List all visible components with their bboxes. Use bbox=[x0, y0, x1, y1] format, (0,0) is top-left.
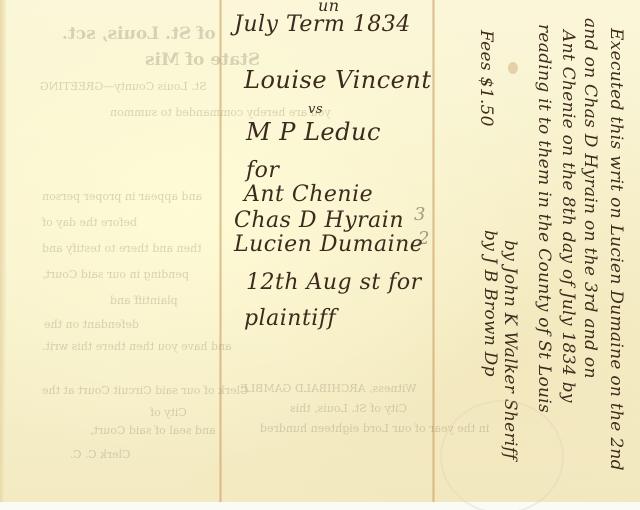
bleed-line: of St. Louis, sct. bbox=[62, 24, 216, 44]
bleed-line: State of Mis bbox=[145, 50, 260, 70]
endorsement-line: Ant Chenie on the 8th day of July 1834 b… bbox=[558, 30, 578, 403]
bleed-line: Clerk C. C. bbox=[70, 448, 130, 461]
ink-stain bbox=[508, 62, 518, 74]
witness-1: Ant Chenie bbox=[244, 182, 373, 207]
bleed-line: before the day of bbox=[42, 216, 137, 229]
case-name: Louise Vincent bbox=[244, 66, 431, 94]
defendant-name: M P Leduc bbox=[246, 118, 381, 146]
bleed-line: and have you then there this writ. bbox=[42, 340, 232, 353]
versus-mark: vs bbox=[308, 102, 323, 117]
bleed-line: Clerk of our said Circuit Court at the bbox=[42, 384, 248, 397]
for-label: for bbox=[246, 158, 279, 183]
margin-mark: 3 bbox=[414, 204, 425, 225]
bleed-line: City of bbox=[150, 406, 187, 419]
witness-3: Lucien Dumaine bbox=[234, 232, 423, 257]
endorsement-line: Fees $1.50 bbox=[476, 30, 496, 127]
bleed-line: and appear in proper person bbox=[42, 190, 202, 203]
bleed-line: and seal of said Court, bbox=[90, 424, 216, 437]
bleed-line: defendant on the bbox=[44, 318, 139, 331]
paper-edge bbox=[0, 0, 6, 510]
embossed-seal bbox=[440, 400, 564, 510]
margin-mark: 2 bbox=[418, 228, 429, 249]
fold-line-left bbox=[219, 0, 222, 505]
witness-2: Chas D Hyrain bbox=[234, 208, 404, 233]
endorsement-line: and on Chas D Hyrain on the 3rd and on bbox=[580, 18, 600, 379]
bleed-line: St. Louis County—GREETING bbox=[40, 80, 207, 93]
party-label: plaintiff bbox=[244, 306, 336, 331]
endorsement-line: reading it to them in the County of St L… bbox=[534, 24, 554, 413]
bleed-line: Witness, ARCHIBALD GAMBLE bbox=[240, 382, 417, 395]
endorsement-line: Executed this writ on Lucien Dumaine on … bbox=[606, 28, 626, 471]
term-line: July Term 1834 bbox=[234, 12, 411, 37]
scan-border bbox=[0, 502, 640, 510]
bleed-line: plaintiff and bbox=[110, 294, 178, 307]
bleed-line: City of St. Louis, this bbox=[290, 402, 407, 415]
document-page: of St. Louis, sct. State of Mis St. Loui… bbox=[0, 0, 640, 510]
bleed-line: pending in our said Court, bbox=[42, 268, 189, 281]
bleed-line: then and there to testify and bbox=[42, 242, 202, 255]
endorsement-line: by J B Brown Dp bbox=[480, 230, 500, 377]
date-line: 12th Aug st for bbox=[246, 270, 422, 295]
